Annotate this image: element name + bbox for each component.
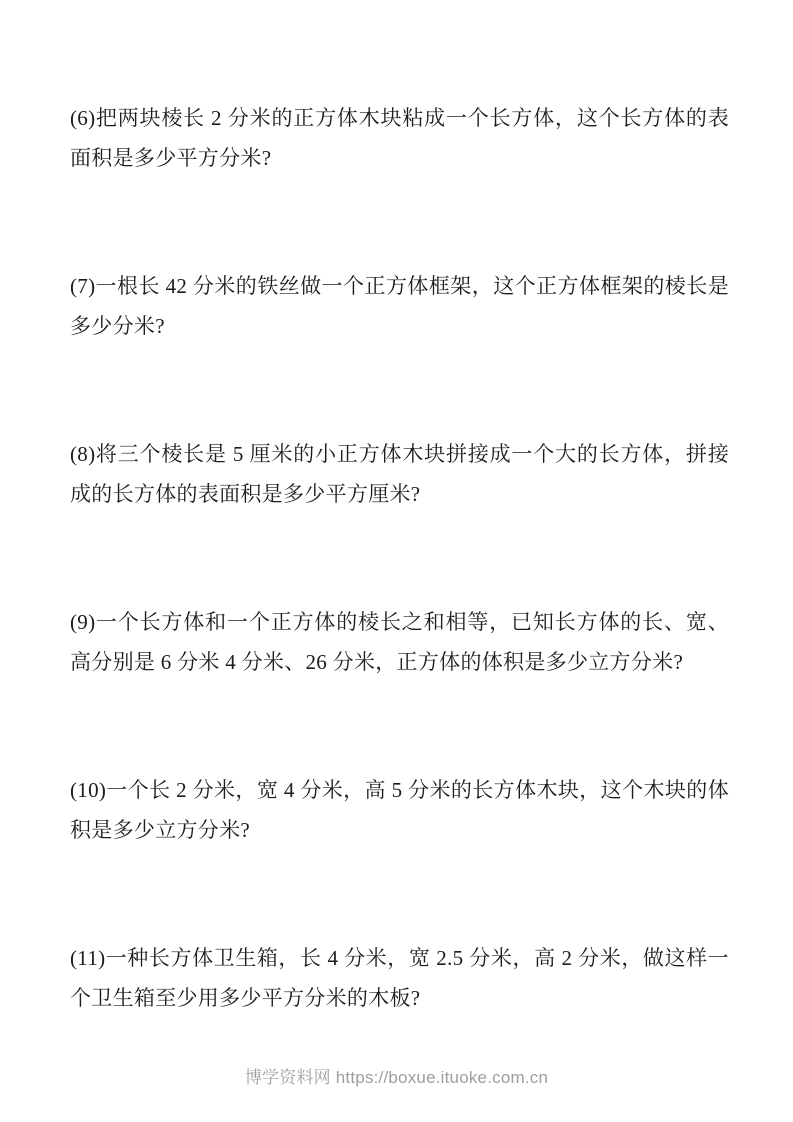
- worksheet-page: (6)把两块棱长 2 分米的正方体木块粘成一个长方体，这个长方体的表面积是多少平…: [0, 0, 793, 1122]
- problem-list: (6)把两块棱长 2 分米的正方体木块粘成一个长方体，这个长方体的表面积是多少平…: [70, 98, 729, 1018]
- problem-item-11: (11)一种长方体卫生箱，长 4 分米，宽 2.5 分米，高 2 分米，做这样一…: [70, 938, 729, 1018]
- footer-watermark: 博学资料网 https://boxue.ituoke.com.cn: [245, 1068, 548, 1087]
- page-footer: 博学资料网 https://boxue.ituoke.com.cn: [0, 1066, 793, 1090]
- problem-item-10: (10)一个长 2 分米，宽 4 分米，高 5 分米的长方体木块，这个木块的体积…: [70, 770, 729, 850]
- problem-item-6: (6)把两块棱长 2 分米的正方体木块粘成一个长方体，这个长方体的表面积是多少平…: [70, 98, 729, 178]
- problem-item-7: (7)一根长 42 分米的铁丝做一个正方体框架，这个正方体框架的棱长是多少分米?: [70, 266, 729, 346]
- problem-item-8: (8)将三个棱长是 5 厘米的小正方体木块拼接成一个大的长方体，拼接成的长方体的…: [70, 434, 729, 514]
- problem-item-9: (9)一个长方体和一个正方体的棱长之和相等，已知长方体的长、宽、高分别是 6 分…: [70, 602, 729, 682]
